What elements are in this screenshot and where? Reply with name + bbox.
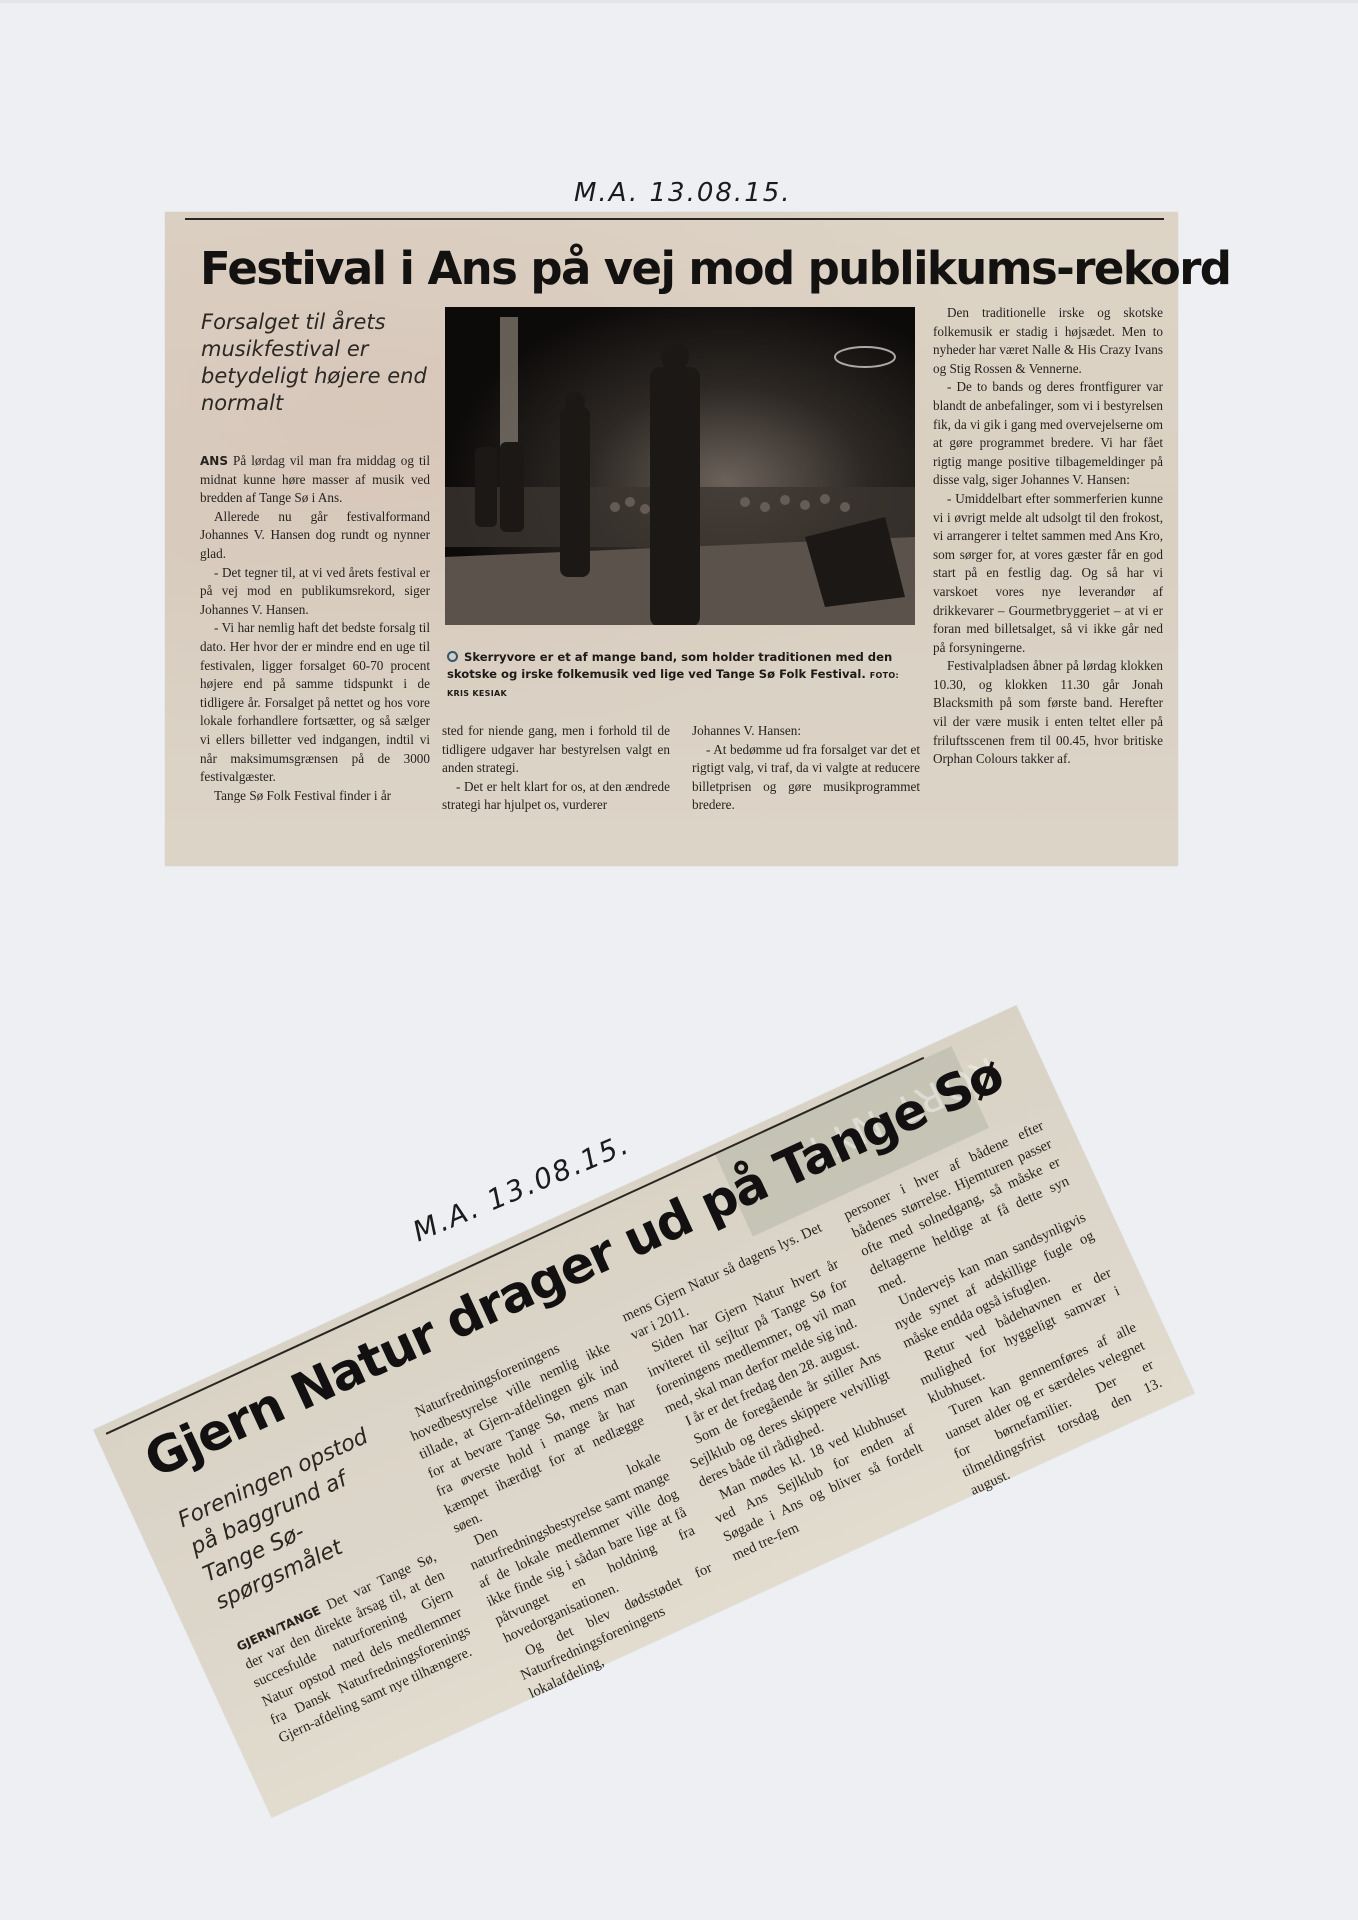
- article-column-2: sted for niende gang, men i forhold til …: [442, 722, 670, 815]
- article-column-3: Johannes V. Hansen: - At bedømme ud fra …: [692, 722, 920, 815]
- newspaper-clipping-festival: Festival i Ans på vej mod publikums-reko…: [165, 212, 1178, 866]
- handwritten-date-note-1: M.A. 13.08.15.: [574, 178, 792, 208]
- paragraph: Allerede nu går festivalformand Johannes…: [200, 508, 430, 564]
- caption-bullet-icon: [447, 651, 458, 662]
- paragraph: - Det tegner til, at vi ved årets festiv…: [200, 564, 430, 620]
- subheadline: Forsalget til årets musikfestival er bet…: [201, 309, 431, 417]
- dateline: ANS: [200, 454, 228, 468]
- paragraph: - At bedømme ud fra forsalget var det et…: [692, 741, 920, 815]
- paragraph: - Det er helt klart for os, at den ændre…: [442, 778, 670, 815]
- headline-rule: [185, 218, 1164, 220]
- paragraph: - Vi har nemlig haft det bedste forsalg …: [200, 619, 430, 786]
- paragraph: - De to bands og deres frontfigurer var …: [933, 378, 1163, 490]
- paragraph: På lørdag vil man fra middag og til midn…: [200, 453, 430, 505]
- concert-photo: [445, 307, 915, 625]
- photo-caption: Skerryvore er et af mange band, som hold…: [447, 649, 917, 702]
- newspaper-clipping-gjern-natur: KORT NYT Gjern Natur drager ud på Tange …: [93, 1005, 1194, 1817]
- headline: Festival i Ans på vej mod publikums-reko…: [200, 242, 1230, 295]
- paragraph: Johannes V. Hansen:: [692, 722, 920, 741]
- paragraph: Den traditionelle irske og skotske folke…: [933, 304, 1163, 378]
- stage-band-image: [445, 307, 915, 625]
- paragraph: sted for niende gang, men i forhold til …: [442, 722, 670, 778]
- paragraph: Festivalpladsen åbner på lørdag klokken …: [933, 657, 1163, 769]
- article-column-1: ANS På lørdag vil man fra middag og til …: [200, 452, 430, 805]
- paragraph: Tange Sø Folk Festival finder i år: [200, 787, 430, 806]
- article-column-4: Den traditionelle irske og skotske folke…: [933, 304, 1163, 769]
- paragraph: - Umiddelbart efter sommerferien kunne v…: [933, 490, 1163, 657]
- page-top-edge: [0, 0, 1358, 3]
